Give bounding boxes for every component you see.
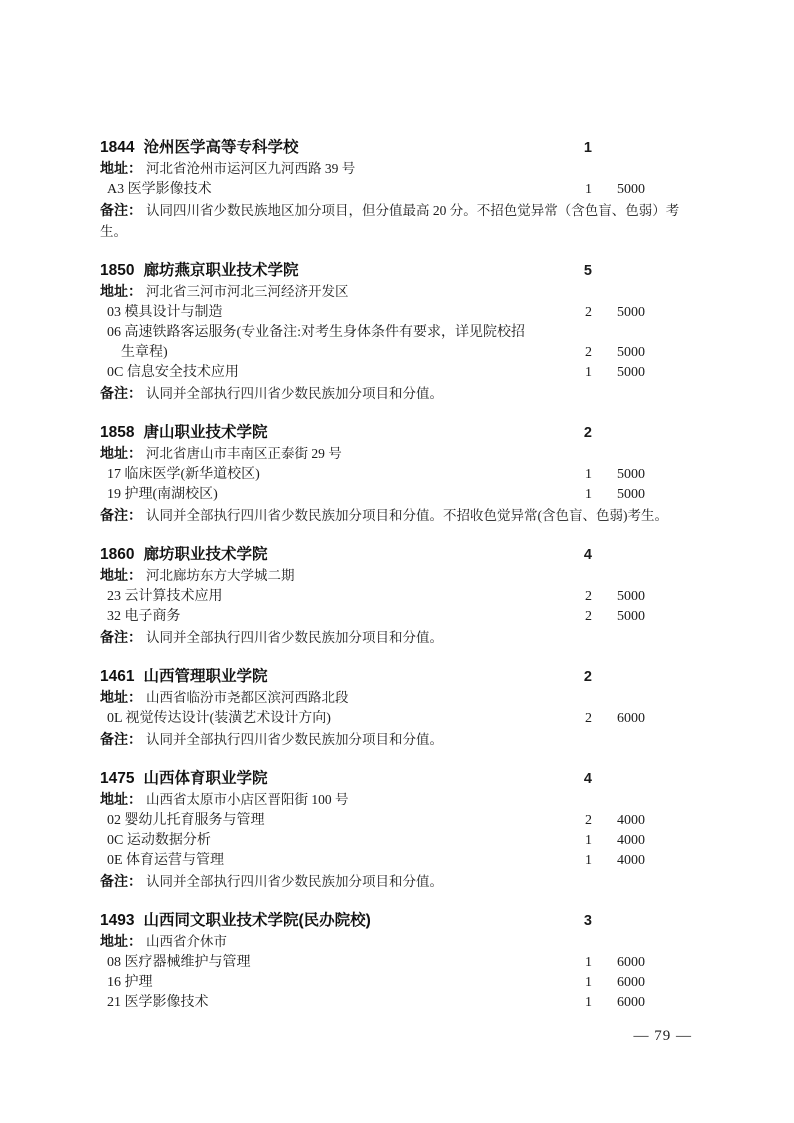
major-fee: 6000 — [592, 973, 645, 993]
major-name: 0C 信息安全技术应用 — [100, 363, 530, 383]
address-label: 地址： — [100, 791, 142, 807]
address-value: 河北省唐山市丰南区正泰街 29 号 — [146, 446, 342, 461]
major-count: 2 — [530, 587, 592, 607]
major-name: 19 护理(南湖校区) — [100, 485, 530, 505]
college-total-count: 4 — [530, 545, 592, 565]
college-code: 1461 — [100, 668, 134, 685]
college-block: 1850廊坊燕京职业技术学院 5 地址：河北省三河市河北三河经济开发区 03 模… — [100, 261, 700, 405]
major-count: 1 — [530, 973, 592, 993]
remark-value: 认同并全部执行四川省少数民族加分项目和分值。 — [146, 386, 443, 401]
major-name: 0C 运动数据分析 — [100, 831, 530, 851]
remark-value: 认同并全部执行四川省少数民族加分项目和分值。 — [146, 874, 443, 889]
remark-label: 备注： — [100, 385, 142, 401]
remark-row: 备注：认同并全部执行四川省少数民族加分项目和分值。 — [100, 383, 700, 405]
major-name: 06 高速铁路客运服务(专业备注:对考生身体条件有要求，详见院校招生章程) — [100, 323, 530, 363]
major-row: 0L 视觉传达设计(装潢艺术设计方向) 2 6000 — [100, 709, 700, 729]
remark-label: 备注： — [100, 202, 142, 218]
page-number: — 79 — — [0, 1026, 794, 1046]
major-name: A3 医学影像技术 — [100, 180, 530, 200]
major-count: 2 — [530, 709, 592, 729]
remark-label: 备注： — [100, 731, 142, 747]
major-name: 17 临床医学(新华道校区) — [100, 465, 530, 485]
address-label: 地址： — [100, 445, 142, 461]
major-fee: 5000 — [592, 343, 645, 363]
college-code: 1493 — [100, 912, 134, 929]
major-name: 0L 视觉传达设计(装潢艺术设计方向) — [100, 709, 530, 729]
major-count: 1 — [530, 851, 592, 871]
major-fee: 4000 — [592, 811, 645, 831]
college-code: 1850 — [100, 262, 134, 279]
address-row: 地址：河北廊坊东方大学城二期 — [100, 565, 700, 587]
college-title: 1850廊坊燕京职业技术学院 — [100, 261, 530, 281]
major-fee: 5000 — [592, 485, 645, 505]
address-value: 山西省太原市小店区晋阳街 100 号 — [146, 792, 349, 807]
college-name: 沧州医学高等专科学校 — [143, 139, 298, 156]
major-fee: 5000 — [592, 363, 645, 383]
major-count: 2 — [530, 811, 592, 831]
remark-row: 备注：认同并全部执行四川省少数民族加分项目和分值。不招收色觉异常(含色盲、色弱)… — [100, 505, 700, 527]
major-row: 02 婴幼儿托育服务与管理 2 4000 — [100, 811, 700, 831]
major-name: 02 婴幼儿托育服务与管理 — [100, 811, 530, 831]
address-label: 地址： — [100, 283, 142, 299]
major-list: 02 婴幼儿托育服务与管理 2 4000 0C 运动数据分析 1 4000 0E… — [100, 811, 700, 871]
college-title: 1461山西管理职业学院 — [100, 667, 530, 687]
address-value: 山西省介休市 — [146, 934, 227, 949]
college-name: 山西管理职业学院 — [143, 668, 267, 685]
major-list: 23 云计算技术应用 2 5000 32 电子商务 2 5000 — [100, 587, 700, 627]
college-title-row: 1844沧州医学高等专科学校 1 — [100, 138, 700, 158]
college-block: 1860廊坊职业技术学院 4 地址：河北廊坊东方大学城二期 23 云计算技术应用… — [100, 545, 700, 649]
major-count: 1 — [530, 953, 592, 973]
major-fee: 6000 — [592, 993, 645, 1013]
college-total-count: 5 — [530, 261, 592, 281]
college-title: 1858唐山职业技术学院 — [100, 423, 530, 443]
major-row: A3 医学影像技术 1 5000 — [100, 180, 700, 200]
major-fee: 4000 — [592, 831, 645, 851]
major-list: 08 医疗器械维护与管理 1 6000 16 护理 1 6000 21 医学影像… — [100, 953, 700, 1013]
college-name: 唐山职业技术学院 — [143, 424, 267, 441]
major-row: 21 医学影像技术 1 6000 — [100, 993, 700, 1013]
remark-label: 备注： — [100, 507, 142, 523]
college-block: 1493山西同文职业技术学院(民办院校) 3 地址：山西省介休市 08 医疗器械… — [100, 911, 700, 1013]
address-row: 地址：河北省三河市河北三河经济开发区 — [100, 281, 700, 303]
college-name: 廊坊燕京职业技术学院 — [143, 262, 298, 279]
remark-label: 备注： — [100, 873, 142, 889]
remark-value: 认同并全部执行四川省少数民族加分项目和分值。不招收色觉异常(含色盲、色弱)考生。 — [146, 508, 668, 523]
major-count: 1 — [530, 363, 592, 383]
college-title-row: 1850廊坊燕京职业技术学院 5 — [100, 261, 700, 281]
college-total-count: 2 — [530, 423, 592, 443]
address-row: 地址：山西省介休市 — [100, 931, 700, 953]
address-label: 地址： — [100, 160, 142, 176]
major-row: 08 医疗器械维护与管理 1 6000 — [100, 953, 700, 973]
address-row: 地址：河北省唐山市丰南区正泰街 29 号 — [100, 443, 700, 465]
major-row: 23 云计算技术应用 2 5000 — [100, 587, 700, 607]
college-title-row: 1475山西体育职业学院 4 — [100, 769, 700, 789]
document-page: 1844沧州医学高等专科学校 1 地址：河北省沧州市运河区九河西路 39 号 A… — [0, 0, 794, 1123]
major-count: 1 — [530, 831, 592, 851]
major-list: 0L 视觉传达设计(装潢艺术设计方向) 2 6000 — [100, 709, 700, 729]
major-list: 03 模具设计与制造 2 5000 06 高速铁路客运服务(专业备注:对考生身体… — [100, 303, 700, 383]
college-code: 1860 — [100, 546, 134, 563]
address-row: 地址：山西省太原市小店区晋阳街 100 号 — [100, 789, 700, 811]
college-title-row: 1493山西同文职业技术学院(民办院校) 3 — [100, 911, 700, 931]
major-name: 21 医学影像技术 — [100, 993, 530, 1013]
college-total-count: 3 — [530, 911, 592, 931]
college-code: 1858 — [100, 424, 134, 441]
address-label: 地址： — [100, 933, 142, 949]
major-name: 32 电子商务 — [100, 607, 530, 627]
college-block: 1461山西管理职业学院 2 地址：山西省临汾市尧都区滨河西路北段 0L 视觉传… — [100, 667, 700, 751]
major-list: 17 临床医学(新华道校区) 1 5000 19 护理(南湖校区) 1 5000 — [100, 465, 700, 505]
address-label: 地址： — [100, 689, 142, 705]
college-total-count: 2 — [530, 667, 592, 687]
address-value: 河北省三河市河北三河经济开发区 — [146, 284, 349, 299]
address-label: 地址： — [100, 567, 142, 583]
major-fee: 5000 — [592, 587, 645, 607]
major-name: 03 模具设计与制造 — [100, 303, 530, 323]
major-row: 06 高速铁路客运服务(专业备注:对考生身体条件有要求，详见院校招生章程) 2 … — [100, 323, 700, 363]
major-fee: 4000 — [592, 851, 645, 871]
major-row: 32 电子商务 2 5000 — [100, 607, 700, 627]
college-code: 1844 — [100, 139, 134, 156]
major-row: 19 护理(南湖校区) 1 5000 — [100, 485, 700, 505]
address-value: 山西省临汾市尧都区滨河西路北段 — [146, 690, 349, 705]
college-total-count: 1 — [530, 138, 592, 158]
college-list: 1844沧州医学高等专科学校 1 地址：河北省沧州市运河区九河西路 39 号 A… — [100, 138, 700, 1031]
college-title: 1844沧州医学高等专科学校 — [100, 138, 530, 158]
remark-row: 备注：认同并全部执行四川省少数民族加分项目和分值。 — [100, 871, 700, 893]
major-name: 23 云计算技术应用 — [100, 587, 530, 607]
college-title: 1475山西体育职业学院 — [100, 769, 530, 789]
major-count: 1 — [530, 485, 592, 505]
address-value: 河北省沧州市运河区九河西路 39 号 — [146, 161, 355, 176]
major-name: 08 医疗器械维护与管理 — [100, 953, 530, 973]
college-title-row: 1858唐山职业技术学院 2 — [100, 423, 700, 443]
college-name: 山西体育职业学院 — [143, 770, 267, 787]
remark-row: 备注：认同四川省少数民族地区加分项目，但分值最高 20 分。不招色觉异常（含色盲… — [100, 200, 700, 243]
college-title-row: 1461山西管理职业学院 2 — [100, 667, 700, 687]
major-fee: 6000 — [592, 953, 645, 973]
remark-row: 备注：认同并全部执行四川省少数民族加分项目和分值。 — [100, 627, 700, 649]
college-block: 1475山西体育职业学院 4 地址：山西省太原市小店区晋阳街 100 号 02 … — [100, 769, 700, 893]
major-count: 1 — [530, 180, 592, 200]
college-code: 1475 — [100, 770, 134, 787]
major-fee: 5000 — [592, 303, 645, 323]
college-block: 1844沧州医学高等专科学校 1 地址：河北省沧州市运河区九河西路 39 号 A… — [100, 138, 700, 243]
major-count: 1 — [530, 993, 592, 1013]
major-count: 1 — [530, 465, 592, 485]
major-count: 2 — [530, 343, 592, 363]
major-count: 2 — [530, 303, 592, 323]
major-row: 0E 体育运营与管理 1 4000 — [100, 851, 700, 871]
college-name: 廊坊职业技术学院 — [143, 546, 267, 563]
remark-value: 认同并全部执行四川省少数民族加分项目和分值。 — [146, 630, 443, 645]
major-fee: 5000 — [592, 465, 645, 485]
address-value: 河北廊坊东方大学城二期 — [146, 568, 295, 583]
major-fee: 5000 — [592, 180, 645, 200]
major-list: A3 医学影像技术 1 5000 — [100, 180, 700, 200]
major-name: 0E 体育运营与管理 — [100, 851, 530, 871]
college-block: 1858唐山职业技术学院 2 地址：河北省唐山市丰南区正泰街 29 号 17 临… — [100, 423, 700, 527]
college-title: 1860廊坊职业技术学院 — [100, 545, 530, 565]
major-row: 17 临床医学(新华道校区) 1 5000 — [100, 465, 700, 485]
remark-value: 认同四川省少数民族地区加分项目，但分值最高 20 分。不招色觉异常（含色盲、色弱… — [100, 203, 679, 239]
major-row: 03 模具设计与制造 2 5000 — [100, 303, 700, 323]
major-fee: 5000 — [592, 607, 645, 627]
college-title: 1493山西同文职业技术学院(民办院校) — [100, 911, 530, 931]
college-total-count: 4 — [530, 769, 592, 789]
major-row: 16 护理 1 6000 — [100, 973, 700, 993]
major-row: 0C 运动数据分析 1 4000 — [100, 831, 700, 851]
address-row: 地址：山西省临汾市尧都区滨河西路北段 — [100, 687, 700, 709]
college-name: 山西同文职业技术学院(民办院校) — [143, 912, 370, 929]
remark-label: 备注： — [100, 629, 142, 645]
remark-row: 备注：认同并全部执行四川省少数民族加分项目和分值。 — [100, 729, 700, 751]
college-title-row: 1860廊坊职业技术学院 4 — [100, 545, 700, 565]
major-name: 16 护理 — [100, 973, 530, 993]
address-row: 地址：河北省沧州市运河区九河西路 39 号 — [100, 158, 700, 180]
major-row: 0C 信息安全技术应用 1 5000 — [100, 363, 700, 383]
major-fee: 6000 — [592, 709, 645, 729]
remark-value: 认同并全部执行四川省少数民族加分项目和分值。 — [146, 732, 443, 747]
major-count: 2 — [530, 607, 592, 627]
